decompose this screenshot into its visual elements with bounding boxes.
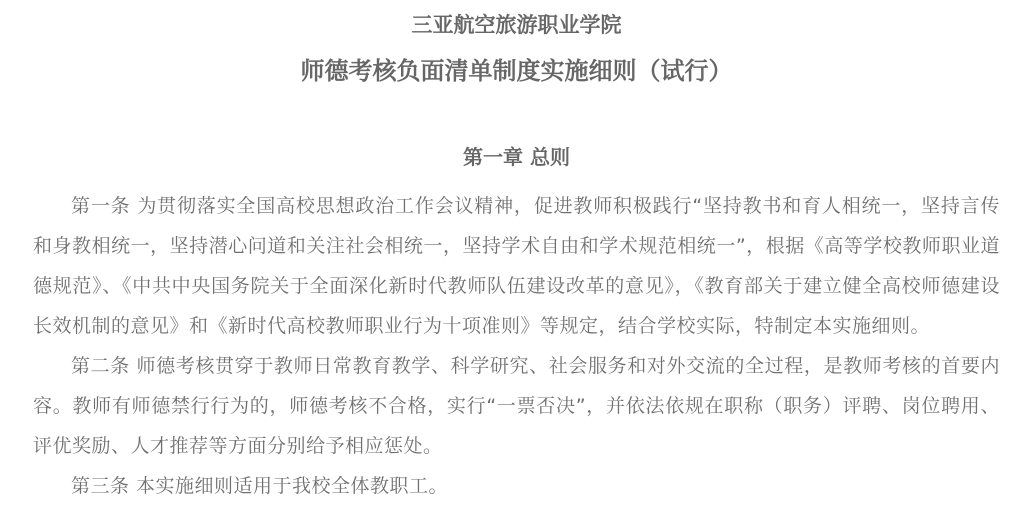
document-title-main: 师德考核负面清单制度实施细则（试行） xyxy=(33,54,1000,88)
paragraph-article-3: 第三条 本实施细则适用于我校全体教职工。 xyxy=(33,466,1000,506)
document-body: 第一条 为贯彻落实全国高校思想政治工作会议精神，促进教师积极践行“坚持教书和育人… xyxy=(33,186,1000,506)
chapter-heading: 第一章 总则 xyxy=(33,144,1000,170)
document-title-institution: 三亚航空旅游职业学院 xyxy=(33,10,1000,40)
paragraph-article-1: 第一条 为贯彻落实全国高校思想政治工作会议精神，促进教师积极践行“坚持教书和育人… xyxy=(33,186,1000,346)
document-page: 三亚航空旅游职业学院 师德考核负面清单制度实施细则（试行） 第一章 总则 第一条… xyxy=(0,0,1033,513)
paragraph-article-2: 第二条 师德考核贯穿于教师日常教育教学、科学研究、社会服务和对外交流的全过程，是… xyxy=(33,346,1000,466)
